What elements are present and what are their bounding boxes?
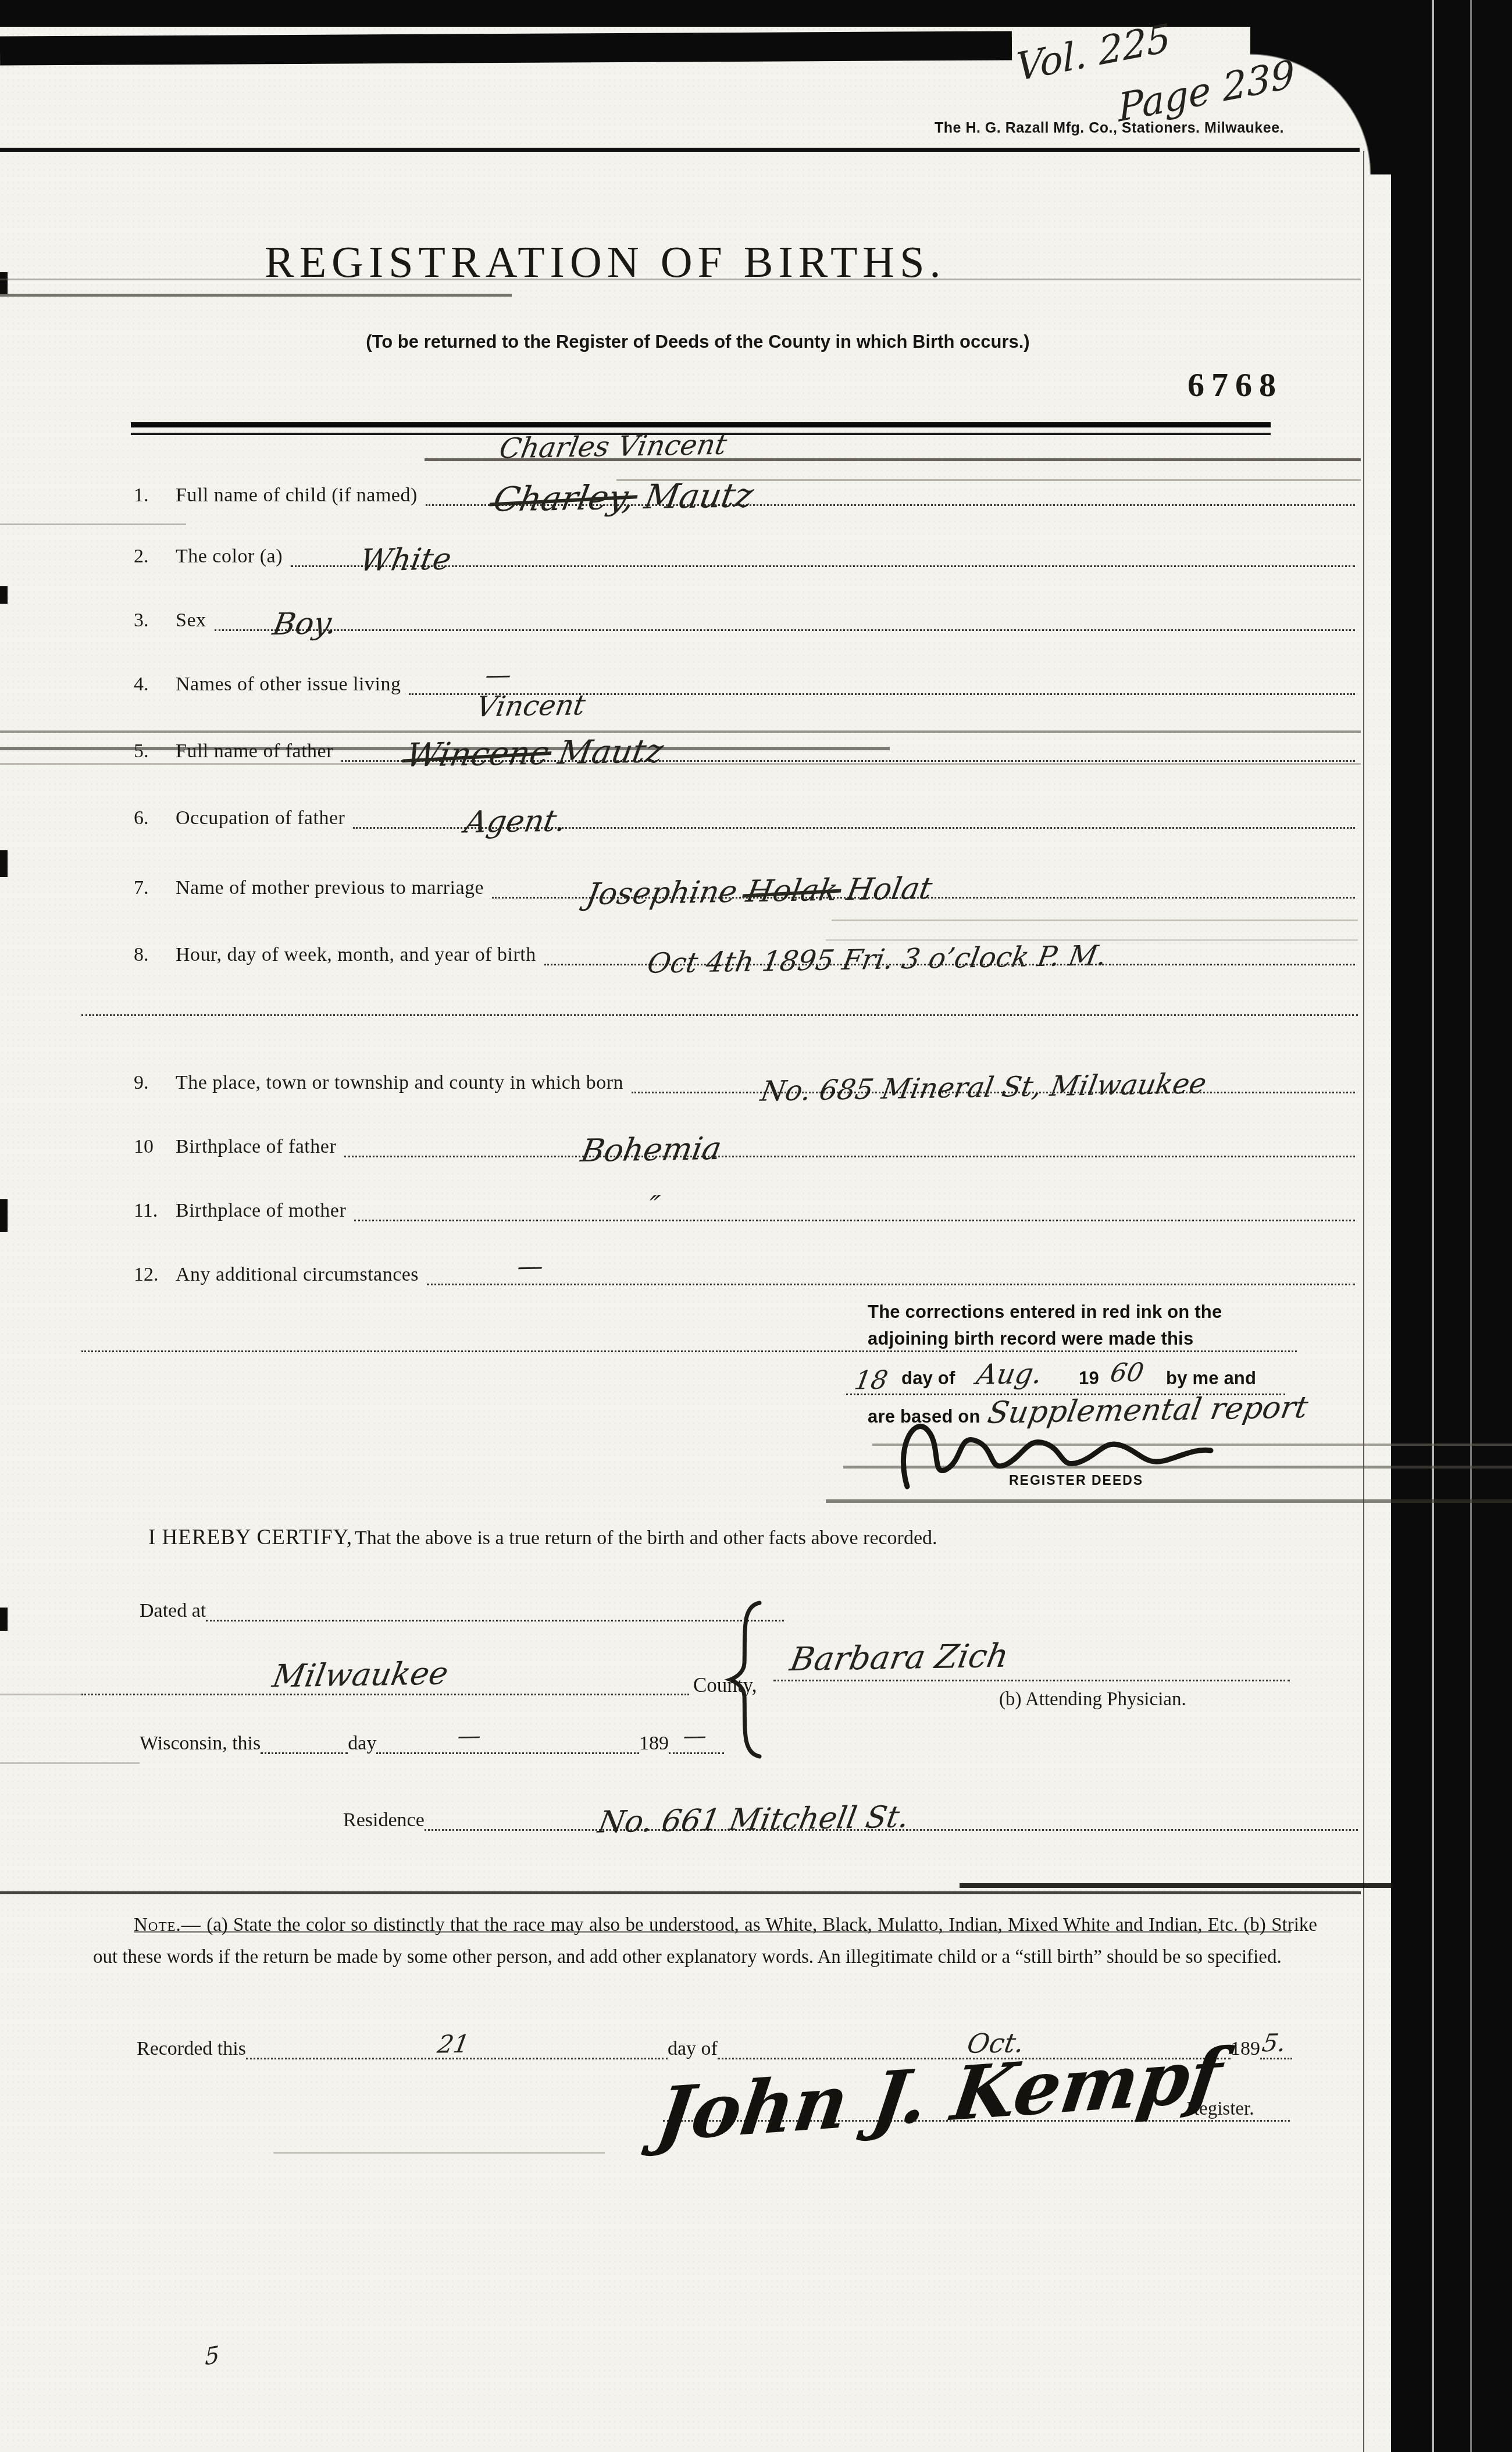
wisconsin-date-row: Wisconsin, this day — 189 — bbox=[140, 1733, 724, 1754]
form-row-2: 2. The color (a) White bbox=[134, 539, 1355, 567]
stationer-imprint: The H. G. Razall Mfg. Co., Stationers. M… bbox=[935, 120, 1284, 137]
scan-artifact bbox=[0, 1762, 140, 1764]
child-name-correction: Charles Vincent bbox=[497, 431, 729, 463]
field-number: 11. bbox=[134, 1200, 176, 1221]
field-dotted-line bbox=[354, 1214, 1355, 1221]
form-row-1: 1. Full name of child (if named) Charley… bbox=[134, 478, 1355, 506]
scan-artifact bbox=[0, 730, 1361, 733]
father-birthplace-entry: Bohemia bbox=[579, 1133, 724, 1167]
other-issue-entry: — bbox=[483, 662, 513, 689]
correction-year-handwritten: 60 bbox=[1108, 1358, 1146, 1388]
field-label: Full name of father bbox=[176, 741, 339, 762]
footnote: Note.— (a) State the color so distinctly… bbox=[93, 1909, 1317, 1973]
form-row-5: 5. Full name of father Wincenc Mautz Vin… bbox=[134, 734, 1355, 762]
field-number: 3. bbox=[134, 610, 176, 631]
mother-name-entry: Josephine Holak Holat bbox=[584, 874, 934, 910]
field-number: 7. bbox=[134, 878, 176, 899]
scan-artifact bbox=[0, 294, 512, 297]
certification-statement: I HEREBY CERTIFY, That the above is a tr… bbox=[148, 1525, 937, 1550]
month-dash-handwritten: — bbox=[456, 1724, 483, 1748]
residence-handwritten: No. 661 Mitchell St. bbox=[595, 1802, 911, 1837]
attending-physician-label: (b) Attending Physician. bbox=[999, 1689, 1186, 1710]
scan-binding-line bbox=[1432, 0, 1434, 2452]
dotted-segment: 5. bbox=[1260, 2052, 1292, 2059]
field-label: Full name of child (if named) bbox=[176, 485, 423, 506]
recorded-year-handwritten: 5. bbox=[1260, 2031, 1288, 2056]
residence-dotted-line: No. 661 Mitchell St. bbox=[425, 1823, 1358, 1831]
dotted-segment: — bbox=[376, 1747, 639, 1754]
correction-day-of-label: day of bbox=[901, 1368, 955, 1389]
correction-year-print: 19 bbox=[1079, 1368, 1099, 1389]
continuation-dotted-line bbox=[81, 1014, 1358, 1016]
form-row-11: 11. Birthplace of mother ″ bbox=[134, 1193, 1355, 1221]
county-handwritten: Milwaukee bbox=[270, 1655, 451, 1694]
field-number: 8. bbox=[134, 945, 176, 965]
dated-at-dotted-line bbox=[206, 1614, 784, 1621]
field-number: 10 bbox=[134, 1136, 176, 1157]
physician-signature-handwritten: Barbara Zich bbox=[787, 1637, 1011, 1678]
dated-at-label: Dated at bbox=[140, 1601, 206, 1621]
form-row-6: 6. Occupation of father Agent. bbox=[134, 801, 1355, 829]
scan-artifact bbox=[0, 586, 8, 604]
form-row-7: 7. Name of mother previous to marriage J… bbox=[134, 871, 1355, 899]
field-label: Birthplace of mother bbox=[176, 1200, 352, 1221]
county-dotted-line bbox=[81, 1694, 689, 1695]
certify-body: That the above is a true return of the b… bbox=[355, 1527, 937, 1549]
continuation-dotted-line bbox=[81, 1350, 1297, 1352]
field-number: 6. bbox=[134, 808, 176, 829]
dated-at-row: Dated at bbox=[140, 1601, 784, 1621]
dotted-segment bbox=[261, 1747, 348, 1754]
correction-stamp-line-1: The corrections entered in red ink on th… bbox=[868, 1302, 1222, 1323]
additional-circumstances-entry: — bbox=[515, 1254, 545, 1280]
day-of-label: day of bbox=[668, 2038, 718, 2059]
color-entry: White bbox=[358, 544, 454, 576]
scan-binding-line bbox=[1470, 0, 1472, 2452]
scanned-birth-registration-document: Vol. 225 Page 239 The H. G. Razall Mfg. … bbox=[0, 0, 1512, 2452]
certify-lead: I HEREBY CERTIFY, bbox=[148, 1526, 352, 1549]
scan-artifact bbox=[0, 763, 1361, 765]
year-dash-handwritten: — bbox=[681, 1724, 708, 1748]
scan-artifact bbox=[0, 1199, 8, 1232]
form-row-12: 12. Any additional circumstances — bbox=[134, 1257, 1355, 1285]
father-name-correction: Vincent bbox=[474, 691, 587, 721]
register-deeds-stamp-label: REGISTER DEEDS bbox=[1009, 1473, 1143, 1488]
field-number: 2. bbox=[134, 546, 176, 567]
scan-artifact bbox=[0, 1608, 8, 1631]
field-label: The place, town or township and county i… bbox=[176, 1072, 629, 1093]
field-number: 5. bbox=[134, 741, 176, 762]
year-print: 189 bbox=[639, 1733, 669, 1754]
field-label: Name of mother previous to marriage bbox=[176, 878, 490, 899]
recorded-this-label: Recorded this bbox=[137, 2038, 246, 2059]
scan-artifact bbox=[826, 1499, 1512, 1503]
field-label: Any additional circumstances bbox=[176, 1264, 425, 1285]
scan-artifact bbox=[273, 2152, 605, 2154]
field-number: 4. bbox=[134, 674, 176, 695]
child-name-entry: Charley, Mautz bbox=[491, 478, 756, 516]
form-row-10: 10 Birthplace of father Bohemia bbox=[134, 1129, 1355, 1157]
scan-top-band-2 bbox=[0, 31, 1012, 65]
field-label: Birthplace of father bbox=[176, 1136, 342, 1157]
field-label: Names of other issue living bbox=[176, 674, 406, 695]
scan-artifact bbox=[960, 1883, 1393, 1888]
correction-stamp-line-2: adjoining birth record were made this bbox=[868, 1328, 1193, 1349]
form-row-9: 9. The place, town or township and count… bbox=[134, 1065, 1355, 1093]
form-row-3: 3. Sex Boy. bbox=[134, 603, 1355, 631]
correction-day-handwritten: 18 bbox=[852, 1366, 890, 1396]
field-label: Sex bbox=[176, 610, 212, 631]
field-number: 1. bbox=[134, 485, 176, 506]
form-row-4: 4. Names of other issue living — bbox=[134, 667, 1355, 695]
form-row-8: 8. Hour, day of week, month, and year of… bbox=[134, 938, 1355, 965]
field-dotted-line bbox=[215, 623, 1356, 631]
father-occupation-entry: Agent. bbox=[462, 806, 568, 837]
scan-footer-mark: 5 bbox=[205, 2341, 219, 2371]
note-body: (a) State the color so distinctly that t… bbox=[93, 1915, 1317, 1968]
field-number: 9. bbox=[134, 1072, 176, 1093]
scan-artifact bbox=[0, 523, 186, 525]
field-label: Hour, day of week, month, and year of bi… bbox=[176, 945, 542, 965]
sex-entry: Boy. bbox=[270, 608, 339, 640]
residence-label: Residence bbox=[343, 1810, 425, 1831]
scan-artifact bbox=[832, 919, 1358, 921]
field-dotted-line bbox=[427, 1278, 1355, 1285]
note-lead: Note.— bbox=[134, 1915, 201, 1936]
day-label: day bbox=[348, 1733, 376, 1754]
field-label: Occupation of father bbox=[176, 808, 351, 829]
correction-month-handwritten: Aug. bbox=[974, 1357, 1045, 1391]
residence-row: Residence No. 661 Mitchell St. bbox=[343, 1810, 1358, 1831]
scan-artifact bbox=[0, 850, 8, 877]
document-subtitle: (To be returned to the Register of Deeds… bbox=[265, 332, 1131, 352]
wisconsin-label: Wisconsin, this bbox=[140, 1733, 261, 1754]
dotted-segment: 21 bbox=[246, 2052, 668, 2059]
birth-datetime-entry: Oct 4th 1895 Fri. 3 o’clock P. M. bbox=[645, 942, 1108, 978]
birthplace-entry: No. 685 Mineral St, Milwaukee bbox=[759, 1070, 1208, 1105]
scan-page-edge-line bbox=[1363, 151, 1364, 2452]
recorded-day-handwritten: 21 bbox=[436, 2032, 471, 2057]
serial-number: 6768 bbox=[1188, 365, 1283, 404]
scan-artifact bbox=[0, 272, 8, 294]
dotted-segment: — bbox=[669, 1747, 724, 1754]
scan-artifact bbox=[0, 1694, 81, 1695]
scan-artifact bbox=[0, 1891, 1361, 1894]
header-rule bbox=[0, 148, 1360, 152]
brace bbox=[723, 1601, 770, 1760]
field-label: The color (a) bbox=[176, 546, 288, 567]
field-dotted-line bbox=[344, 1150, 1355, 1157]
correction-by-me-label: by me and bbox=[1166, 1368, 1256, 1389]
scan-binding-edge bbox=[1391, 0, 1512, 2452]
recorded-year-print: 189 bbox=[1231, 2038, 1260, 2059]
scan-artifact bbox=[0, 279, 1361, 280]
father-name-entry: Wincenc Mautz bbox=[404, 735, 665, 772]
field-number: 12. bbox=[134, 1264, 176, 1285]
physician-dotted-line bbox=[773, 1680, 1290, 1681]
